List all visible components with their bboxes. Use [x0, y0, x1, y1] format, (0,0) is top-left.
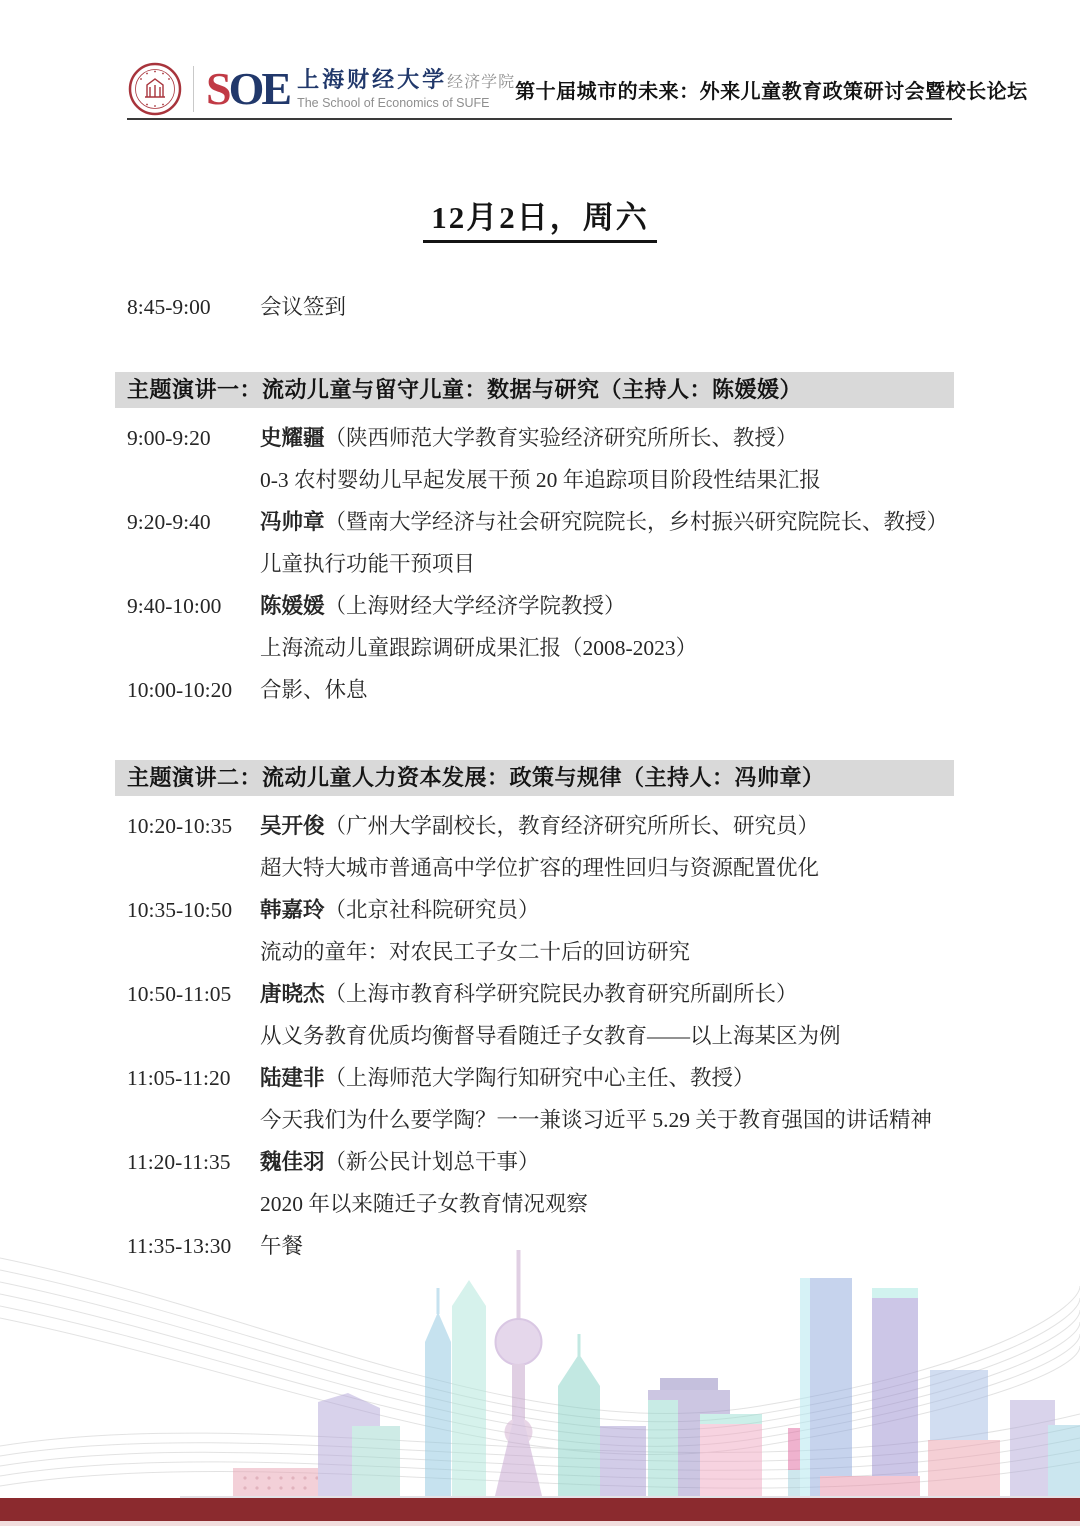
speaker-affiliation: （上海财经大学经济学院教授） [325, 594, 626, 618]
speaker-affiliation: （暨南大学经济与社会研究院院长，乡村振兴研究院院长、教授） [325, 510, 949, 534]
speaker-row: 11:05-11:20 陆建非（上海师范大学陶行知研究中心主任、教授） [127, 1064, 954, 1092]
date-title-wrap: 12月2日，周六 [0, 192, 1080, 243]
footer-red-band [0, 1498, 1080, 1521]
topic-row: 上海流动儿童跟踪调研成果汇报（2008-2023） [127, 634, 954, 662]
conference-title: 第十届城市的未来：外来儿童教育政策研讨会暨校长论坛 [515, 75, 1028, 104]
speaker-affiliation: （上海市教育科学研究院民办教育研究所副所长） [325, 982, 798, 1006]
talk-topic: 流动的童年：对农民工子女二十后的回访研究 [260, 938, 690, 966]
topic-row: 儿童执行功能干预项目 [127, 550, 954, 578]
school-names: 上海财经大学经济学院 The School of Economics of SU… [297, 68, 515, 109]
session-header-1: 主题演讲一：流动儿童与留守儿童：数据与研究（主持人：陈媛媛） [115, 372, 954, 408]
speaker-line: 吴开俊（广州大学副校长，教育经济研究所所长、研究员） [260, 812, 819, 840]
event-label: 会议签到 [260, 293, 346, 321]
sufe-logo: SOE 上海财经大学经济学院 The School of Economics o… [127, 61, 515, 117]
time-slot: 10:50-11:05 [127, 980, 260, 1008]
speaker-line: 韩嘉玲（北京社科院研究员） [260, 896, 540, 924]
talk-block: 9:40-10:00 陈媛媛（上海财经大学经济学院教授） 上海流动儿童跟踪调研成… [127, 592, 954, 662]
time-slot: 9:40-10:00 [127, 592, 260, 620]
speaker-row: 9:00-9:20 史耀疆（陕西师范大学教育实验经济研究所所长、教授） [127, 424, 954, 452]
speaker-row: 10:50-11:05 唐晓杰（上海市教育科学研究院民办教育研究所副所长） [127, 980, 954, 1008]
speaker-name: 陈媛媛 [260, 594, 325, 618]
talk-topic: 从义务教育优质均衡督导看随迁子女教育——以上海某区为例 [260, 1022, 841, 1050]
logo-divider [193, 66, 194, 112]
speaker-line: 陆建非（上海师范大学陶行知研究中心主任、教授） [260, 1064, 755, 1092]
time-slot: 10:35-10:50 [127, 896, 260, 924]
topic-row: 流动的童年：对农民工子女二十后的回访研究 [127, 938, 954, 966]
talk-topic: 儿童执行功能干预项目 [260, 550, 475, 578]
topic-row: 超大特大城市普通高中学位扩容的理性回归与资源配置优化 [127, 854, 954, 882]
school-name-cn: 上海财经大学 [297, 67, 447, 92]
speaker-affiliation: （新公民计划总干事） [325, 1150, 540, 1174]
time-slot: 8:45-9:00 [127, 293, 260, 321]
speaker-row: 10:20-10:35 吴开俊（广州大学副校长，教育经济研究所所长、研究员） [127, 812, 954, 840]
talk-block: 11:05-11:20 陆建非（上海师范大学陶行知研究中心主任、教授） 今天我们… [127, 1064, 954, 1134]
speaker-name: 陆建非 [260, 1066, 325, 1090]
session-header-2: 主题演讲二：流动儿童人力资本发展：政策与规律（主持人：冯帅章） [115, 760, 954, 796]
speaker-affiliation: （北京社科院研究员） [325, 898, 540, 922]
speaker-name: 史耀疆 [260, 426, 325, 450]
talk-block: 10:35-10:50 韩嘉玲（北京社科院研究员） 流动的童年：对农民工子女二十… [127, 896, 954, 966]
speaker-affiliation: （广州大学副校长，教育经济研究所所长、研究员） [325, 814, 820, 838]
schedule: 8:45-9:00 会议签到 主题演讲一：流动儿童与留守儿童：数据与研究（主持人… [127, 293, 954, 1260]
time-slot: 10:00-10:20 [127, 676, 260, 704]
talk-block: 10:20-10:35 吴开俊（广州大学副校长，教育经济研究所所长、研究员） 超… [127, 812, 954, 882]
header-divider [127, 118, 952, 120]
speaker-name: 冯帅章 [260, 510, 325, 534]
city-skyline-illustration [0, 1250, 1080, 1498]
schedule-row-break: 10:00-10:20 合影、休息 [127, 676, 954, 704]
speaker-name: 吴开俊 [260, 814, 325, 838]
speaker-line: 魏佳羽（新公民计划总干事） [260, 1148, 540, 1176]
speaker-line: 陈媛媛（上海财经大学经济学院教授） [260, 592, 626, 620]
topic-row: 今天我们为什么要学陶？一一兼谈习近平 5.29 关于教育强国的讲话精神 [127, 1106, 954, 1134]
speaker-row: 10:35-10:50 韩嘉玲（北京社科院研究员） [127, 896, 954, 924]
talk-topic: 2020 年以来随迁子女教育情况观察 [260, 1190, 588, 1218]
time-slot: 11:05-11:20 [127, 1064, 260, 1092]
speaker-affiliation: （陕西师范大学教育实验经济研究所所长、教授） [325, 426, 798, 450]
topic-row: 2020 年以来随迁子女教育情况观察 [127, 1190, 954, 1218]
talk-topic: 0-3 农村婴幼儿早起发展干预 20 年追踪项目阶段性结果汇报 [260, 466, 821, 494]
time-slot: 9:00-9:20 [127, 424, 260, 452]
event-label: 合影、休息 [260, 676, 368, 704]
soe-logo: SOE [206, 66, 289, 112]
speaker-name: 韩嘉玲 [260, 898, 325, 922]
talk-topic: 上海流动儿童跟踪调研成果汇报（2008-2023） [260, 634, 697, 662]
speaker-line: 史耀疆（陕西师范大学教育实验经济研究所所长、教授） [260, 424, 798, 452]
university-seal-icon [127, 61, 183, 117]
talk-block: 11:20-11:35 魏佳羽（新公民计划总干事） 2020 年以来随迁子女教育… [127, 1148, 954, 1218]
speaker-name: 魏佳羽 [260, 1150, 325, 1174]
speaker-row: 9:40-10:00 陈媛媛（上海财经大学经济学院教授） [127, 592, 954, 620]
speaker-line: 冯帅章（暨南大学经济与社会研究院院长，乡村振兴研究院院长、教授） [260, 508, 948, 536]
school-name-en: The School of Economics of SUFE [297, 96, 515, 110]
time-slot: 11:20-11:35 [127, 1148, 260, 1176]
footer-pink-strip [0, 1521, 1080, 1526]
talk-block: 9:20-9:40 冯帅章（暨南大学经济与社会研究院院长，乡村振兴研究院院长、教… [127, 508, 954, 578]
topic-row: 0-3 农村婴幼儿早起发展干预 20 年追踪项目阶段性结果汇报 [127, 466, 954, 494]
agenda-page: SOE 上海财经大学经济学院 The School of Economics o… [0, 0, 1080, 1526]
speaker-affiliation: （上海师范大学陶行知研究中心主任、教授） [325, 1066, 755, 1090]
speaker-name: 唐晓杰 [260, 982, 325, 1006]
speaker-line: 唐晓杰（上海市教育科学研究院民办教育研究所副所长） [260, 980, 798, 1008]
date-title: 12月2日，周六 [423, 192, 657, 243]
topic-row: 从义务教育优质均衡督导看随迁子女教育——以上海某区为例 [127, 1022, 954, 1050]
page-header: SOE 上海财经大学经济学院 The School of Economics o… [127, 56, 952, 122]
time-slot: 9:20-9:40 [127, 508, 260, 536]
talk-block: 10:50-11:05 唐晓杰（上海市教育科学研究院民办教育研究所副所长） 从义… [127, 980, 954, 1050]
schedule-row-signin: 8:45-9:00 会议签到 [127, 293, 954, 321]
footer-artwork [0, 1250, 1080, 1526]
talk-topic: 今天我们为什么要学陶？一一兼谈习近平 5.29 关于教育强国的讲话精神 [260, 1106, 932, 1134]
dept-name-cn: 经济学院 [447, 74, 515, 91]
speaker-row: 11:20-11:35 魏佳羽（新公民计划总干事） [127, 1148, 954, 1176]
time-slot: 10:20-10:35 [127, 812, 260, 840]
talk-block: 9:00-9:20 史耀疆（陕西师范大学教育实验经济研究所所长、教授） 0-3 … [127, 424, 954, 494]
talk-topic: 超大特大城市普通高中学位扩容的理性回归与资源配置优化 [260, 854, 819, 882]
speaker-row: 9:20-9:40 冯帅章（暨南大学经济与社会研究院院长，乡村振兴研究院院长、教… [127, 508, 954, 536]
